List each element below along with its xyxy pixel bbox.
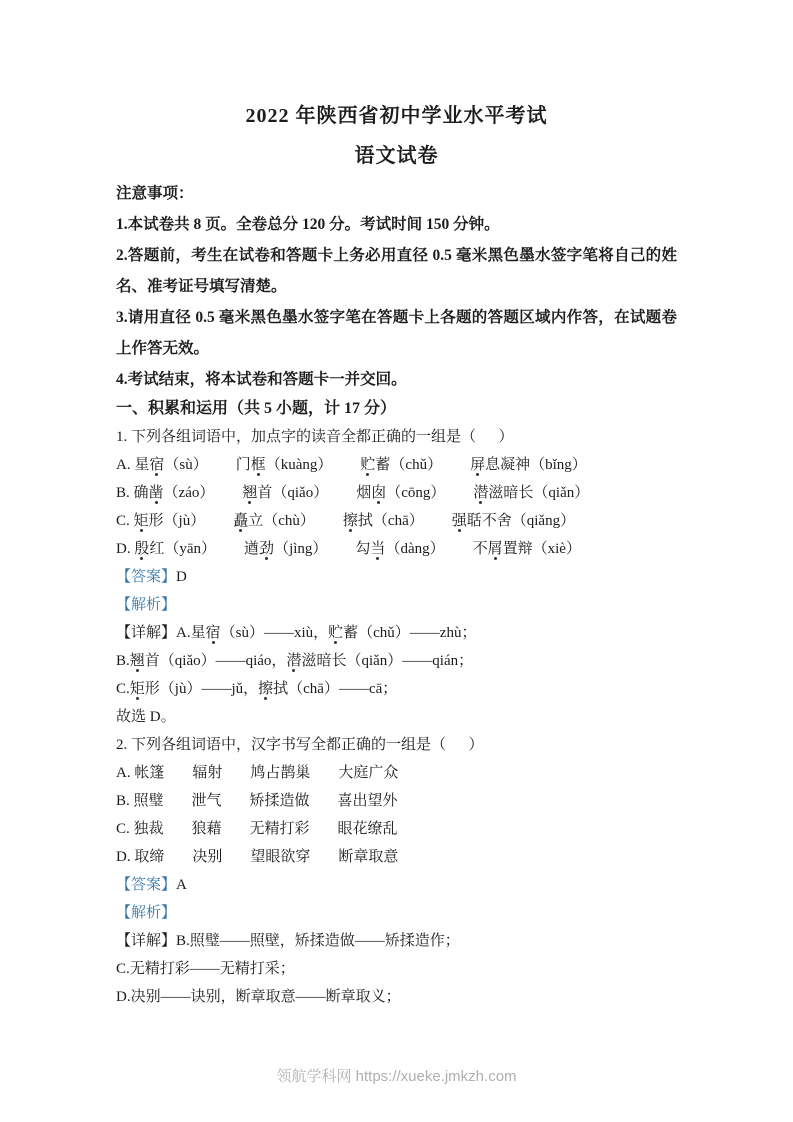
q2-option-d-word-4: 断章取意 [338, 849, 398, 865]
q2-option-c: C. 独裁狼藉无精打彩眼花缭乱 [116, 815, 677, 843]
q1-option-c-word-3: 擦拭（chā） [343, 513, 424, 529]
q2-option-c-word-4: 眼花缭乱 [338, 821, 398, 837]
q2-option-a-word-4: 大庭广众 [338, 765, 398, 781]
notice-item-3: 3.请用直径 0.5 毫米黑色墨水签字笔在答题卡上各题的答题区域内作答，在试题卷… [116, 302, 677, 364]
q1-option-c-word-1: C. 矩形（jù） [116, 513, 205, 529]
q2-option-d-word-3: 望眼欲穿 [250, 849, 310, 865]
q1-detail-line-3: C.矩形（jù）——jǔ，擦拭（chā）——cā； [116, 675, 677, 703]
watermark: 领航学科网 https://xueke.jmkzh.com [0, 1066, 793, 1088]
q2-option-d: D. 取缔决别望眼欲穿断章取意 [116, 843, 677, 871]
notice-item-4: 4.考试结束，将本试卷和答题卡一并交回。 [116, 364, 677, 395]
page-title: 2022 年陕西省初中学业水平考试 [116, 102, 677, 130]
q1-answer-line: 【答案】D [116, 563, 677, 591]
q1-option-b-word-4: 潜滋暗长（qiǎn） [473, 485, 589, 501]
exam-paper-page: 2022 年陕西省初中学业水平考试 语文试卷 注意事项： 1.本试卷共 8 页。… [0, 0, 793, 1122]
q1-analysis-label: 【解析】 [116, 597, 176, 613]
q1-option-b-word-1: B. 确凿（záo） [116, 485, 214, 501]
q1-option-d-word-2: 遒劲（jìng） [244, 541, 327, 557]
q1-answer-value: D [176, 569, 187, 585]
q2-option-c-word-3: 无精打彩 [250, 821, 310, 837]
q2-answer-line: 【答案】A [116, 871, 677, 899]
q1-option-b: B. 确凿（záo）翘首（qiǎo）烟囱（cōng）潜滋暗长（qiǎn） [116, 479, 677, 507]
q2-option-c-word-2: 狼藉 [192, 821, 222, 837]
section-heading: 一、积累和运用（共 5 小题，计 17 分） [116, 395, 677, 423]
q1-option-d-word-4: 不屑置辩（xiè） [473, 541, 581, 557]
q2-option-c-word-1: C. 独裁 [116, 821, 164, 837]
q1-option-a-word-3: 贮蓄（chǔ） [360, 457, 442, 473]
q1-option-d-word-3: 勾当（dàng） [355, 541, 444, 557]
q1-detail-line-2: B.翘首（qiǎo）——qiáo，潜滋暗长（qiǎn）——qián； [116, 647, 677, 675]
q2-detail-line-3: D.决别——诀别，断章取意——断章取义； [116, 983, 677, 1011]
q2-option-b-word-4: 喜出望外 [338, 793, 398, 809]
q2-option-b-word-2: 泄气 [192, 793, 222, 809]
notice-item-2: 2.答题前，考生在试卷和答题卡上务必用直径 0.5 毫米黑色墨水签字笔将自己的姓… [116, 240, 677, 302]
q1-option-c-word-4: 强聒不舍（qiǎng） [452, 513, 575, 529]
document-content: 2022 年陕西省初中学业水平考试 语文试卷 注意事项： 1.本试卷共 8 页。… [116, 102, 677, 1011]
q1-detail-line-1: 【详解】A.星宿（sù）——xiù，贮蓄（chǔ）——zhù； [116, 619, 677, 647]
q1-option-a: A. 星宿（sù）门框（kuàng）贮蓄（chǔ）屏息凝神（bǐng） [116, 451, 677, 479]
q2-option-b-word-3: 矫揉造做 [250, 793, 310, 809]
q2-option-a-word-2: 辐射 [192, 765, 222, 781]
q1-option-a-word-1: A. 星宿（sù） [116, 457, 208, 473]
q1-option-c: C. 矩形（jù）矗立（chù）擦拭（chā）强聒不舍（qiǎng） [116, 507, 677, 535]
q2-option-a-word-3: 鸠占鹊巢 [250, 765, 310, 781]
q2-analysis-label: 【解析】 [116, 905, 176, 921]
q2-detail-line-2: C.无精打彩——无精打采； [116, 955, 677, 983]
q2-option-b-word-1: B. 照璧 [116, 793, 164, 809]
q1-option-b-word-3: 烟囱（cōng） [356, 485, 445, 501]
notice-item-1: 1.本试卷共 8 页。全卷总分 120 分。考试时间 150 分钟。 [116, 209, 677, 240]
q2-option-d-word-2: 决别 [192, 849, 222, 865]
q1-option-c-word-2: 矗立（chù） [233, 513, 315, 529]
q2-option-a: A. 帐篷辐射鸠占鹊巢大庭广众 [116, 759, 677, 787]
q1-option-a-word-4: 屏息凝神（bǐng） [470, 457, 587, 473]
q2-analysis-line: 【解析】 [116, 899, 677, 927]
q1-detail-line-4: 故选 D。 [116, 703, 677, 731]
q2-stem: 2. 下列各组词语中，汉字书写全都正确的一组是（ ） [116, 731, 677, 759]
q2-option-d-word-1: D. 取缔 [116, 849, 164, 865]
q1-option-a-word-2: 门框（kuàng） [236, 457, 333, 473]
q1-option-d-word-1: D. 殷红（yān） [116, 541, 216, 557]
q1-option-d: D. 殷红（yān）遒劲（jìng）勾当（dàng）不屑置辩（xiè） [116, 535, 677, 563]
q1-stem: 1. 下列各组词语中，加点字的读音全都正确的一组是（ ） [116, 423, 677, 451]
q2-detail-line-1: 【详解】B.照璧——照壁，矫揉造做——矫揉造作； [116, 927, 677, 955]
notice-heading: 注意事项： [116, 178, 677, 209]
q2-option-a-word-1: A. 帐篷 [116, 765, 164, 781]
q2-answer-label: 【答案】 [116, 877, 176, 893]
q2-option-b: B. 照璧泄气矫揉造做喜出望外 [116, 787, 677, 815]
q2-answer-value: A [176, 877, 187, 893]
q1-answer-label: 【答案】 [116, 569, 176, 585]
page-subtitle: 语文试卷 [116, 142, 677, 170]
q1-option-b-word-2: 翘首（qiǎo） [242, 485, 328, 501]
q1-analysis-line: 【解析】 [116, 591, 677, 619]
